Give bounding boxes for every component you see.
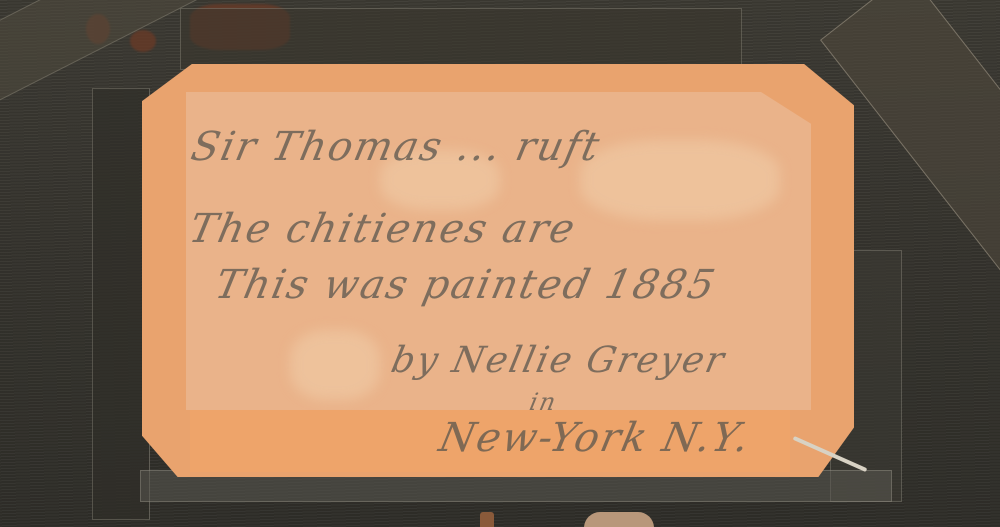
handwritten-line-6: New-York N.Y. xyxy=(435,415,755,461)
faded-area xyxy=(290,330,380,400)
rust-stain xyxy=(130,30,156,52)
faded-area xyxy=(580,140,780,220)
tape-strip-top xyxy=(180,8,742,70)
handwritten-line-4: by Nellie Greyer xyxy=(388,340,730,381)
handwritten-line-3: This was painted 1885 xyxy=(211,262,720,308)
handwritten-line-1: Sir Thomas ... ruft xyxy=(187,124,605,170)
tape-strip-left xyxy=(92,88,150,520)
torn-paper-fragment xyxy=(584,512,654,527)
handwritten-line-2: The chitienes are xyxy=(185,206,580,252)
nail-head xyxy=(480,512,494,527)
painting-backing: Sir Thomas ... ruft The chitienes are Th… xyxy=(0,0,1000,527)
